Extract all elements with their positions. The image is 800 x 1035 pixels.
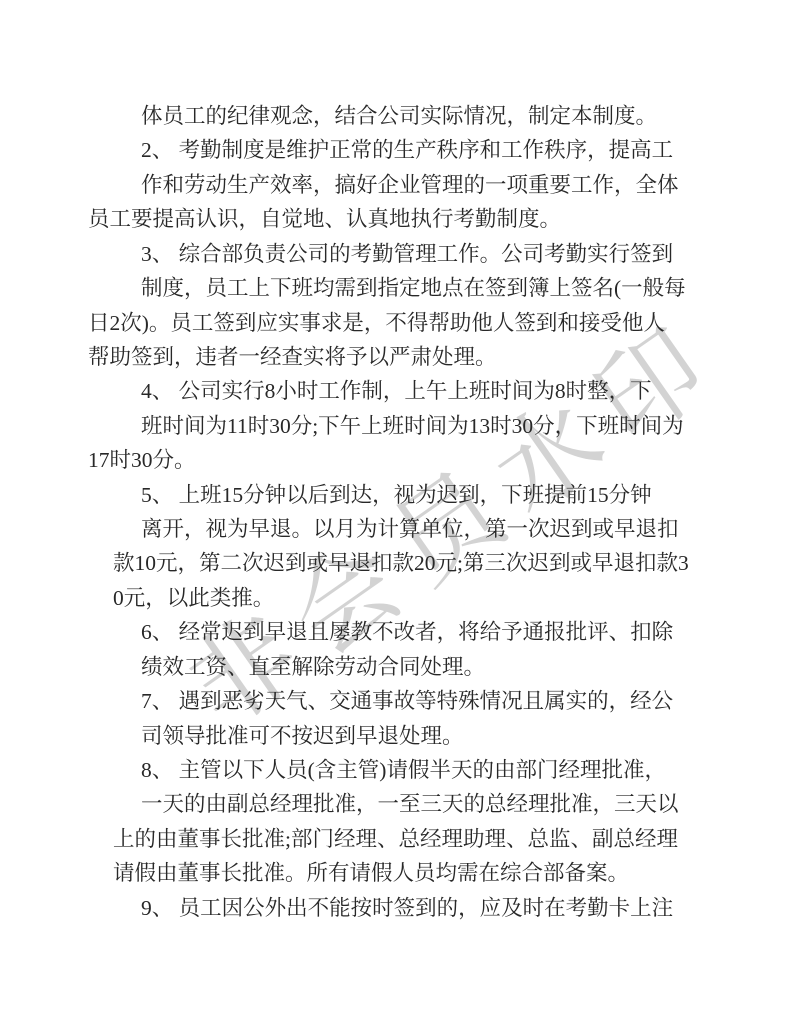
text-line: 一天的由副总经理批准，一至三天的总经理批准，三天以 [88, 787, 689, 821]
text-line: 17时30分。 [88, 443, 689, 477]
text-line: 7、 遇到恶劣天气、交通事故等特殊情况且属实的，经公 [88, 684, 689, 718]
text-line: 9、 员工因公外出不能按时签到的，应及时在考勤卡上注 [88, 891, 689, 925]
text-line: 6、 经常迟到早退且屡教不改者，将给予通报批评、扣除 [88, 615, 689, 649]
text-line: 请假由董事长批准。所有请假人员均需在综合部备案。 [88, 856, 689, 890]
text-line: 5、 上班15分钟以后到达，视为迟到，下班提前15分钟 [88, 478, 689, 512]
text-line: 帮助签到，违者一经查实将予以严肃处理。 [88, 340, 689, 374]
text-line: 司领导批准可不按迟到早退处理。 [88, 719, 689, 753]
text-line: 作和劳动生产效率，搞好企业管理的一项重要工作，全体 [88, 168, 689, 202]
text-line: 2、 考勤制度是维护正常的生产秩序和工作秩序，提高工 [88, 133, 689, 167]
text-line: 绩效工资、直至解除劳动合同处理。 [88, 650, 689, 684]
text-line: 日2次)。员工签到应实事求是，不得帮助他人签到和接受他人 [88, 306, 689, 340]
text-line: 款10元，第二次迟到或早退扣款20元;第三次迟到或早退扣款3 [88, 546, 689, 580]
text-line: 上的由董事长批准;部门经理、总经理助理、总监、副总经理 [88, 822, 689, 856]
text-line: 班时间为11时30分;下午上班时间为13时30分，下班时间为 [88, 409, 689, 443]
text-line: 4、 公司实行8小时工作制，上午上班时间为8时整，下 [88, 374, 689, 408]
document-page: 非会员水印 体员工的纪律观念，结合公司实际情况，制定本制度。 2、 考勤制度是维… [0, 0, 800, 1035]
document-body: 体员工的纪律观念，结合公司实际情况，制定本制度。 2、 考勤制度是维护正常的生产… [88, 99, 689, 925]
text-line: 离开，视为早退。以月为计算单位，第一次迟到或早退扣 [88, 512, 689, 546]
text-line: 制度，员工上下班均需到指定地点在签到簿上签名(一般每 [88, 271, 689, 305]
text-line: 3、 综合部负责公司的考勤管理工作。公司考勤实行签到 [88, 237, 689, 271]
text-line: 体员工的纪律观念，结合公司实际情况，制定本制度。 [88, 99, 689, 133]
text-line: 8、 主管以下人员(含主管)请假半天的由部门经理批准， [88, 753, 689, 787]
text-line: 员工要提高认识，自觉地、认真地执行考勤制度。 [88, 202, 689, 236]
text-line: 0元，以此类推。 [88, 581, 689, 615]
